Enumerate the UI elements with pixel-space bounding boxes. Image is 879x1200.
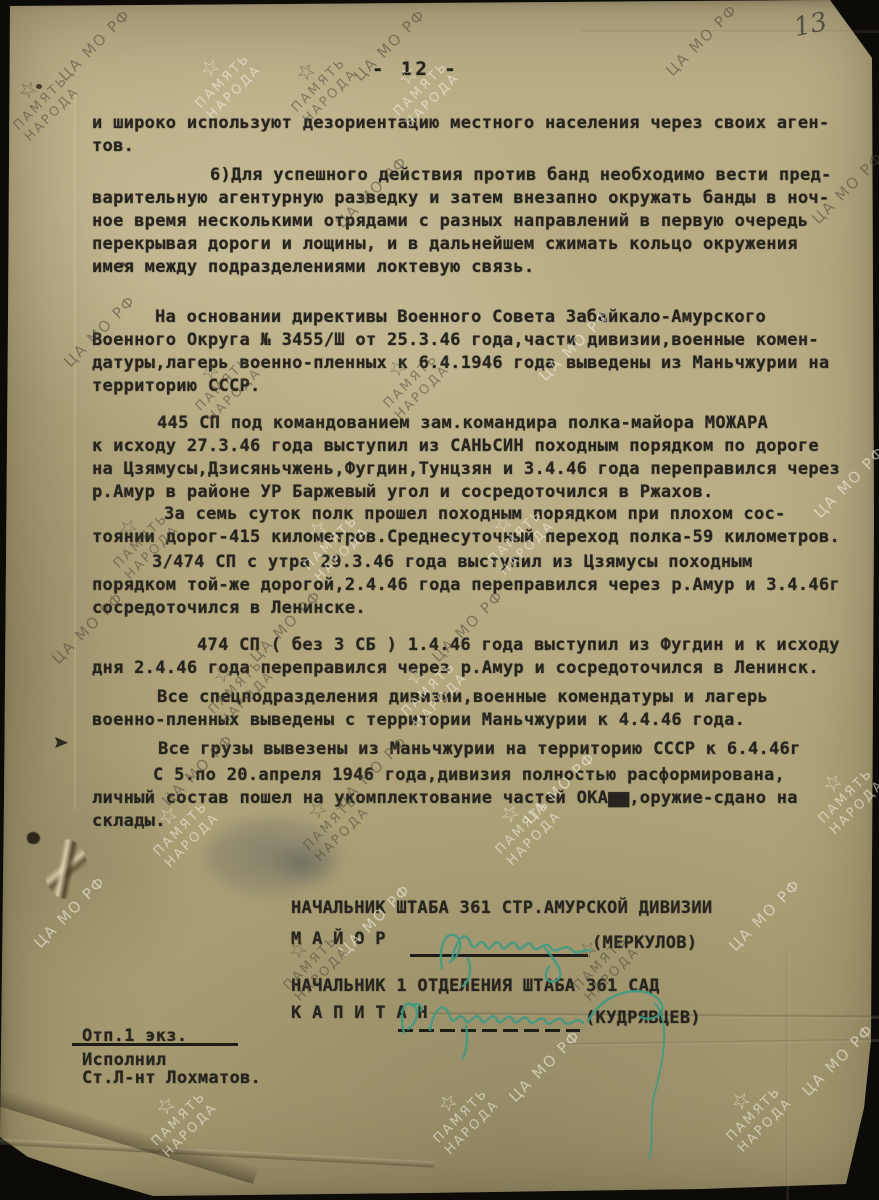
paragraph: 3/474 СП с утра 29.3.46 года выступил из… — [92, 551, 876, 620]
text-line: имея между подразделениями локтевую связ… — [92, 256, 876, 279]
text-line: р.Амур в районе УР Баржевый угол и сосре… — [92, 481, 876, 504]
text-line: С 5.по 20.апреля 1946 года,дивизия полно… — [92, 764, 876, 787]
executor-name: Ст.Л-нт Лохматов. — [82, 1068, 261, 1088]
text-line: тов. — [92, 135, 876, 158]
paragraph: 474 СП ( без 3 СБ ) 1.4.46 года выступил… — [92, 634, 876, 680]
text-line: сосредоточился в Ленинске. — [92, 597, 876, 620]
text-line: На основании директивы Военного Совета З… — [92, 306, 876, 329]
text-line: 445 СП под командованием зам.командира п… — [92, 412, 876, 435]
paragraph: 445 СП под командованием зам.командира п… — [92, 412, 876, 504]
text-line: Все грузы вывезены из Маньчжурии на терр… — [92, 738, 876, 761]
signatory-2-title: НАЧАЛЬНИК 1 ОТДЕЛЕНИЯ ШТАБА 361 САД — [291, 976, 660, 996]
text-line: 474 СП ( без 3 СБ ) 1.4.46 года выступил… — [92, 634, 876, 657]
text-line: территорию СССР. — [92, 375, 876, 398]
footer-underline — [72, 1043, 238, 1046]
paragraph: На основании директивы Военного Совета З… — [92, 306, 876, 398]
text-line: перекрывая дороги и лощины, и в дальнейш… — [92, 233, 876, 256]
text-line: на Цзямусы,Дзисяньчжень,Фугдин,Тунцзян и… — [92, 458, 876, 481]
signatory-1-rank: М А Й О Р — [291, 929, 386, 949]
paragraph: и широко используют дезориентацию местно… — [92, 112, 876, 158]
signatory-1-title: НАЧАЛЬНИК ШТАБА 361 СТР.АМУРСКОЙ ДИВИЗИИ — [291, 898, 712, 918]
text-line: 3/474 СП с утра 29.3.46 года выступил из… — [92, 551, 876, 574]
signatory-2-rank: К А П И Т А Н — [291, 1003, 428, 1023]
text-line: Военного Округа № 3455/Ш от 25.3.46 года… — [92, 329, 876, 352]
text-line: и широко используют дезориентацию местно… — [92, 112, 876, 135]
text-line: Все спецподразделения дивизии,военные ко… — [92, 686, 876, 709]
text-line: тоянии дорог-415 километров.Среднесуточн… — [92, 526, 876, 549]
paragraph: Все спецподразделения дивизии,военные ко… — [92, 686, 876, 732]
paragraph: 6)Для успешного действия против банд нео… — [92, 164, 876, 279]
text-line: склады. — [92, 810, 876, 833]
text-line: личный состав пошел на укомплектование ч… — [92, 787, 876, 810]
text-line: датуры,лагерь военно-пленных к 6.4.1946 … — [92, 352, 876, 375]
text-line: 6)Для успешного действия против банд нео… — [92, 164, 876, 187]
text-line: порядком той-же дорогой,2.4.46 года пере… — [92, 574, 876, 597]
executed-label: Исполнил — [82, 1050, 166, 1070]
text-line: варительную агентурную разведку и затем … — [92, 187, 876, 210]
signatory-2-name: (КУДРЯВЦЕВ) — [585, 1008, 701, 1028]
text-line: За семь суток полк прошел походным поряд… — [92, 503, 876, 526]
text-line: военно-пленных выведены с территории Ман… — [92, 709, 876, 732]
signatory-1-name: (МЕРКУЛОВ) — [592, 933, 697, 953]
signature-underline — [398, 1029, 580, 1032]
paragraph: За семь суток полк прошел походным поряд… — [92, 503, 876, 549]
text-line: к исходу 27.3.46 года выступил из САНЬСИ… — [92, 435, 876, 458]
text-line: ное время несколькими отрядами с разных … — [92, 210, 876, 233]
document-scan: - 12 - 13 и широко используют дезориента… — [0, 0, 879, 1200]
paragraph: С 5.по 20.апреля 1946 года,дивизия полно… — [92, 764, 876, 833]
paragraph: Все грузы вывезены из Маньчжурии на терр… — [92, 738, 876, 761]
text-line: дня 2.4.46 года переправился через р.Аму… — [92, 657, 876, 680]
typed-page-number: - 12 - — [372, 58, 459, 80]
signature-underline — [410, 954, 588, 957]
